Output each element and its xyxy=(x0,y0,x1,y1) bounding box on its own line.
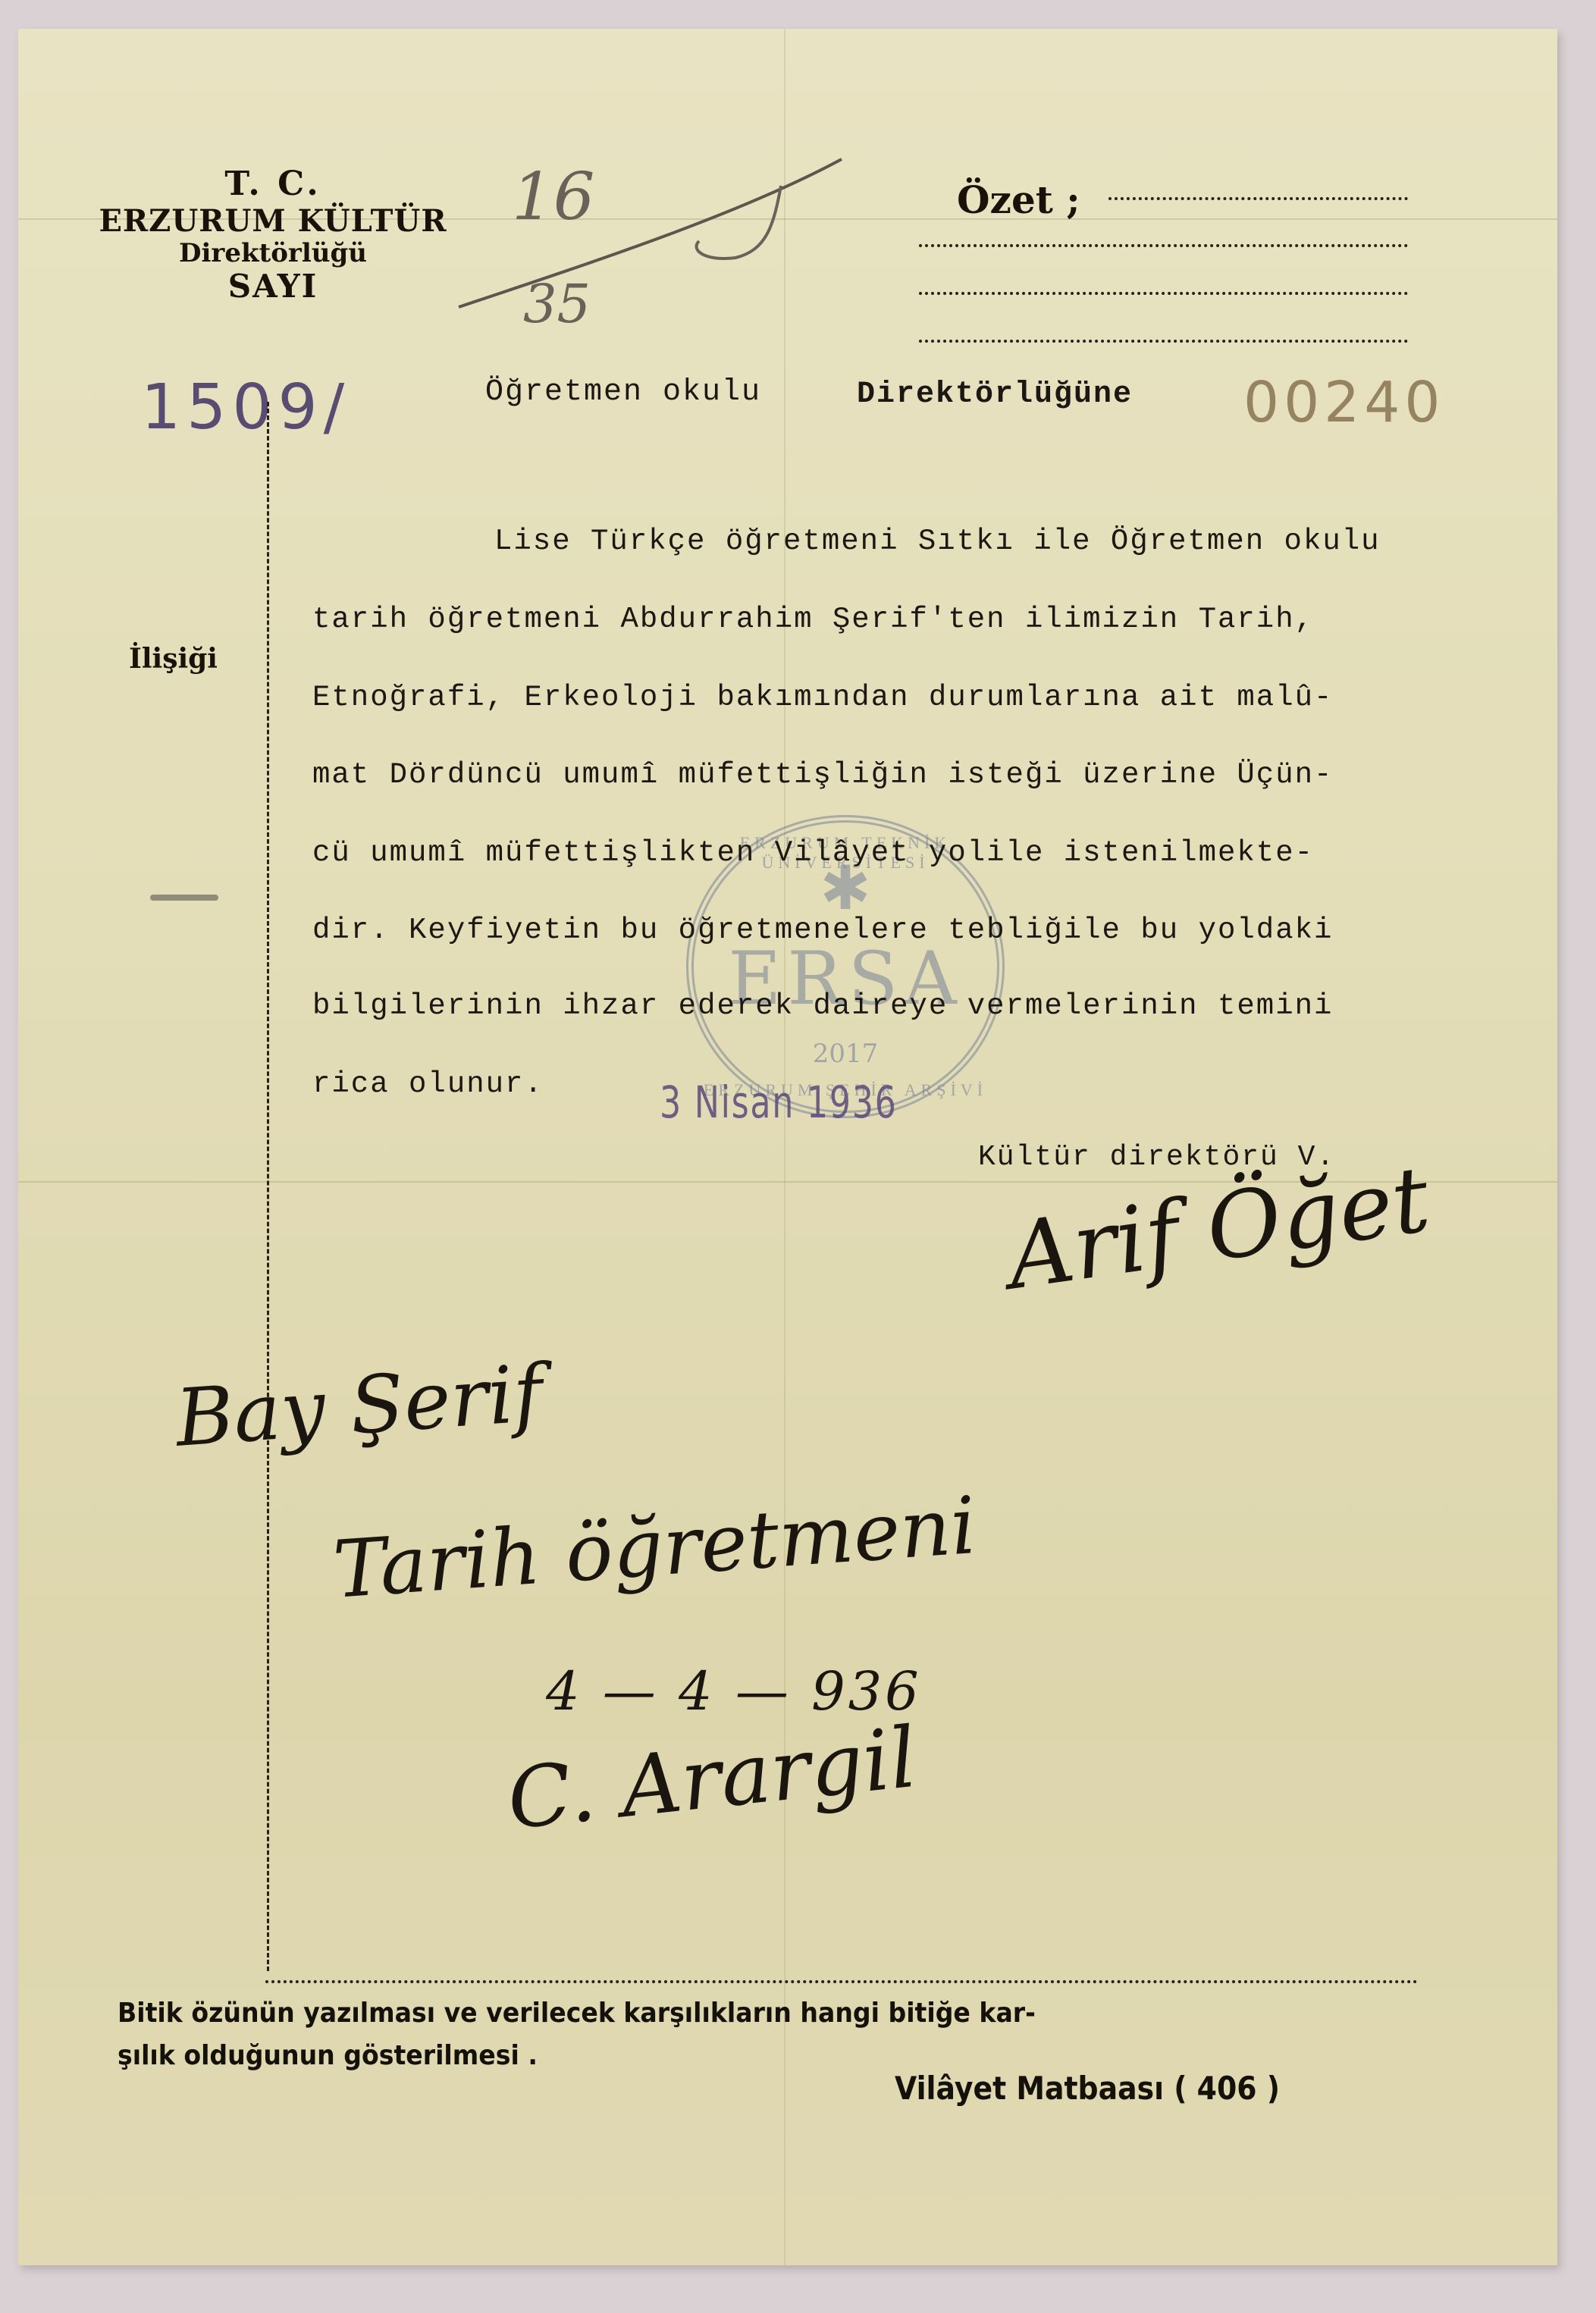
body-line: dir. Keyfiyetin bu öğretmenelere tebliği… xyxy=(312,914,1333,947)
addressee-office: Direktörlüğüne xyxy=(857,378,1133,412)
body-line: tarih öğretmeni Abdurrahim Şerif'ten ili… xyxy=(312,603,1314,636)
summary-line xyxy=(919,244,1408,247)
letterhead-tc: T. C. xyxy=(76,165,470,204)
body-line: mat Dördüncü umumî müfettişliğin isteği … xyxy=(312,758,1333,791)
addressee-institution: Öğretmen okulu xyxy=(485,375,761,409)
margin-divider xyxy=(267,402,269,1971)
summary-line xyxy=(1108,197,1408,200)
attachment-label: İlişiği xyxy=(129,643,218,675)
date-stamp: 3 Nisan 1936 xyxy=(660,1077,898,1128)
summary-line xyxy=(919,292,1408,295)
fold-crease xyxy=(784,29,785,2265)
body-line: rica olunur. xyxy=(312,1067,544,1101)
body-line: Etnoğrafi, Erkeoloji bakımından durumlar… xyxy=(312,681,1333,714)
pencil-stroke-icon xyxy=(455,144,849,318)
letterhead: T. C. ERZURUM KÜLTÜR Direktörlüğü SAYI xyxy=(76,165,470,305)
letterhead-directorate: Direktörlüğü xyxy=(76,239,470,268)
summary-line xyxy=(919,340,1408,343)
body-line: Lise Türkçe öğretmeni Sıtkı ile Öğretmen… xyxy=(494,525,1381,558)
footer-divider xyxy=(265,1980,1418,1983)
summary-label: Özet ; xyxy=(957,177,1080,222)
body-line: bilgilerinin ihzar ederek daireye vermel… xyxy=(312,989,1333,1023)
pencil-dash-mark xyxy=(150,895,218,901)
letterhead-institution: ERZURUM KÜLTÜR xyxy=(76,204,470,239)
letterhead-sayi: SAYI xyxy=(76,268,470,305)
incoming-number-stamp: 00240 xyxy=(1243,370,1444,435)
footer-instruction-line1: Bitik özünün yazılması ve verilecek karş… xyxy=(118,1992,1036,2035)
document-number-stamp: 1509/ xyxy=(141,371,350,443)
body-line: cü umumî müfettişlikten Vilâyet yolile i… xyxy=(312,836,1314,870)
footer-instruction: Bitik özünün yazılması ve verilecek karş… xyxy=(118,1992,1036,2077)
printer-imprint: Vilâyet Matbaası ( 406 ) xyxy=(895,2070,1280,2107)
seal-year: 2017 xyxy=(694,1039,997,1069)
